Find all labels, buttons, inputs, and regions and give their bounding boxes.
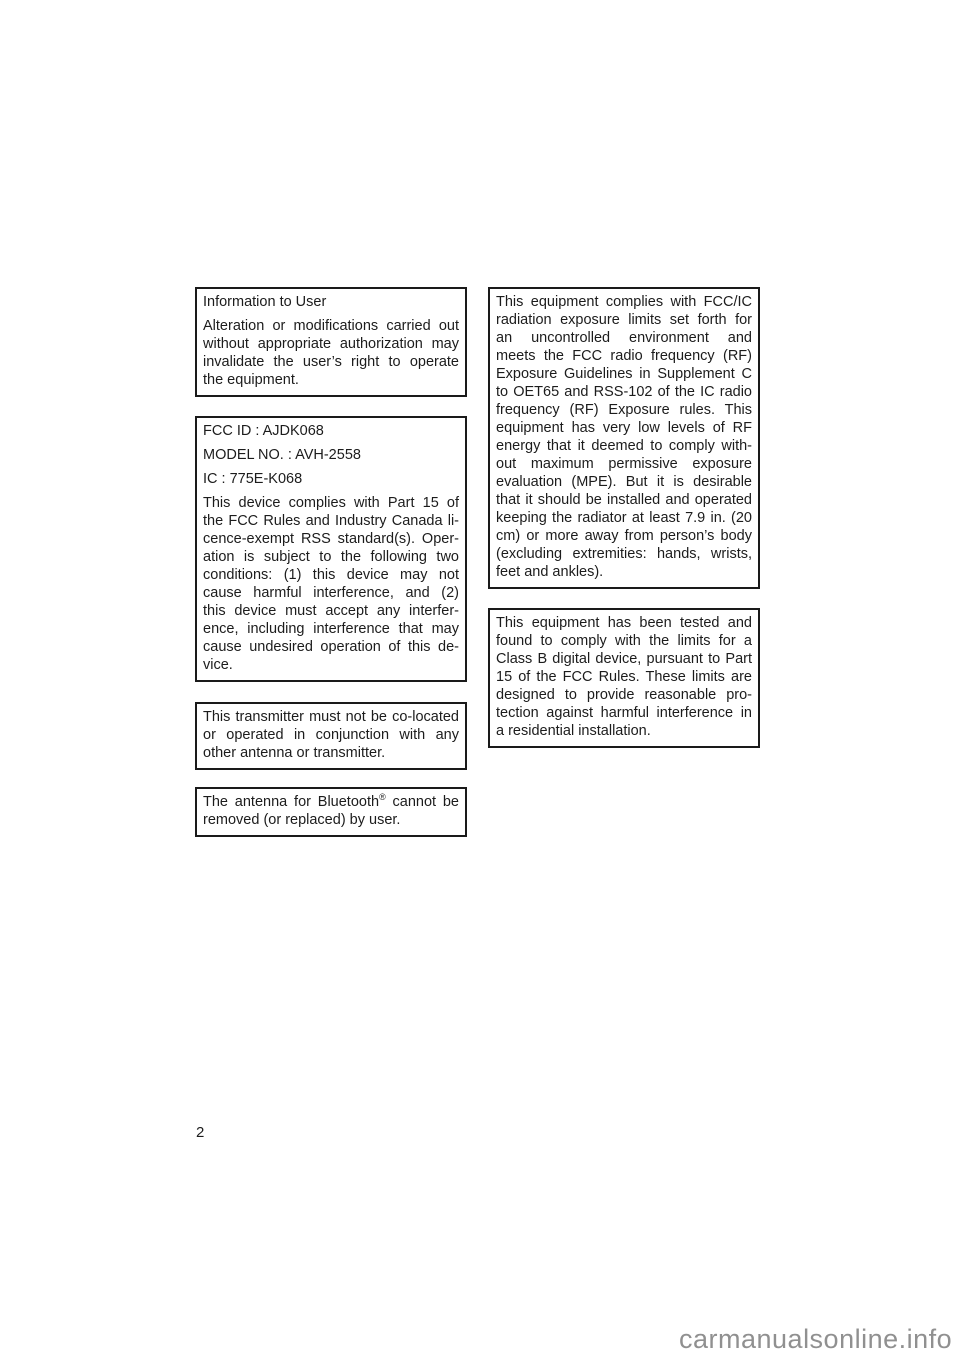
text-line: found to comply with the limits for a xyxy=(496,632,752,650)
text-line: cause undesired operation of this de- xyxy=(203,638,459,656)
text-line: an uncontrolled environment and xyxy=(496,329,752,347)
text-line: the equipment. xyxy=(203,371,459,389)
text-line: or operated in conjunction with any xyxy=(203,726,459,744)
page-number: 2 xyxy=(196,1124,204,1142)
paragraph: Alteration or modifications carried outw… xyxy=(203,317,459,389)
text-line: Class B digital device, pursuant to Part xyxy=(496,650,752,668)
text-line: MODEL NO. : AVH-2558 xyxy=(203,446,459,464)
text-line: This device complies with Part 15 of xyxy=(203,494,459,512)
text-line: evaluation (MPE). But it is desirable xyxy=(496,473,752,491)
text-line: conditions: (1) this device may not xyxy=(203,566,459,584)
text-line: (excluding extremities: hands, wrists, xyxy=(496,545,752,563)
notice-box-fcc-device-compliance: FCC ID : AJDK068MODEL NO. : AVH-2558IC :… xyxy=(195,416,467,682)
paragraph: MODEL NO. : AVH-2558 xyxy=(203,446,459,464)
text-line: equipment has very low levels of RF xyxy=(496,419,752,437)
text-line: keeping the radiator at least 7.9 in. (2… xyxy=(496,509,752,527)
text-line: tection against harmful interference in xyxy=(496,704,752,722)
text-line: the FCC Rules and Industry Canada li- xyxy=(203,512,459,530)
text-line: a residential installation. xyxy=(496,722,752,740)
paragraph: This device complies with Part 15 ofthe … xyxy=(203,494,459,674)
text-line: radiation exposure limits set forth for xyxy=(496,311,752,329)
notice-box-bluetooth-antenna: The antenna for Bluetooth® cannot beremo… xyxy=(195,787,467,837)
text-line: Alteration or modifications carried out xyxy=(203,317,459,335)
manual-page: Information to UserAlteration or modific… xyxy=(0,0,960,1358)
text-line: ence, including interference that may xyxy=(203,620,459,638)
paragraph: IC : 775E-K068 xyxy=(203,470,459,488)
text-line: ation is subject to the following two xyxy=(203,548,459,566)
text-line: that it should be installed and operated xyxy=(496,491,752,509)
watermark-text: carmanualsonline.info xyxy=(679,1324,952,1354)
text-line: This transmitter must not be co-located xyxy=(203,708,459,726)
notice-box-information-to-user: Information to UserAlteration or modific… xyxy=(195,287,467,397)
text-line: energy that it deemed to comply with- xyxy=(496,437,752,455)
text-line: cm) or more away from person’s body xyxy=(496,527,752,545)
notice-box-transmitter-colocation: This transmitter must not be co-locatedo… xyxy=(195,702,467,770)
text-line: This equipment has been tested and xyxy=(496,614,752,632)
text-line: to OET65 and RSS-102 of the IC radio xyxy=(496,383,752,401)
text-line: Exposure Guidelines in Supplement C xyxy=(496,365,752,383)
text-line: invalidate the user’s right to operate xyxy=(203,353,459,371)
text-line: without appropriate authorization may xyxy=(203,335,459,353)
text-line: removed (or replaced) by user. xyxy=(203,811,459,829)
text-line: frequency (RF) Exposure rules. This xyxy=(496,401,752,419)
text-line: The antenna for Bluetooth® cannot be xyxy=(203,793,459,811)
text-line: vice. xyxy=(203,656,459,674)
registered-trademark-symbol: ® xyxy=(379,792,386,802)
text-line: this device must accept any interfer- xyxy=(203,602,459,620)
paragraph: This equipment complies with FCC/ICradia… xyxy=(496,293,752,581)
notice-box-rf-exposure: This equipment complies with FCC/ICradia… xyxy=(488,287,760,589)
text-line: designed to provide reasonable pro- xyxy=(496,686,752,704)
paragraph: Information to User xyxy=(203,293,459,311)
text-line: IC : 775E-K068 xyxy=(203,470,459,488)
paragraph: The antenna for Bluetooth® cannot beremo… xyxy=(203,793,459,829)
paragraph: This equipment has been tested andfound … xyxy=(496,614,752,740)
paragraph: This transmitter must not be co-locatedo… xyxy=(203,708,459,762)
text-line: other antenna or transmitter. xyxy=(203,744,459,762)
text-line: Information to User xyxy=(203,293,459,311)
text-line: out maximum permissive exposure xyxy=(496,455,752,473)
text-line: FCC ID : AJDK068 xyxy=(203,422,459,440)
paragraph: FCC ID : AJDK068 xyxy=(203,422,459,440)
text-line: meets the FCC radio frequency (RF) xyxy=(496,347,752,365)
text-line: feet and ankles). xyxy=(496,563,752,581)
text-line: 15 of the FCC Rules. These limits are xyxy=(496,668,752,686)
text-line: This equipment complies with FCC/IC xyxy=(496,293,752,311)
text-line: cause harmful interference, and (2) xyxy=(203,584,459,602)
text-line: cence-exempt RSS standard(s). Oper- xyxy=(203,530,459,548)
notice-box-class-b-tested: This equipment has been tested andfound … xyxy=(488,608,760,748)
